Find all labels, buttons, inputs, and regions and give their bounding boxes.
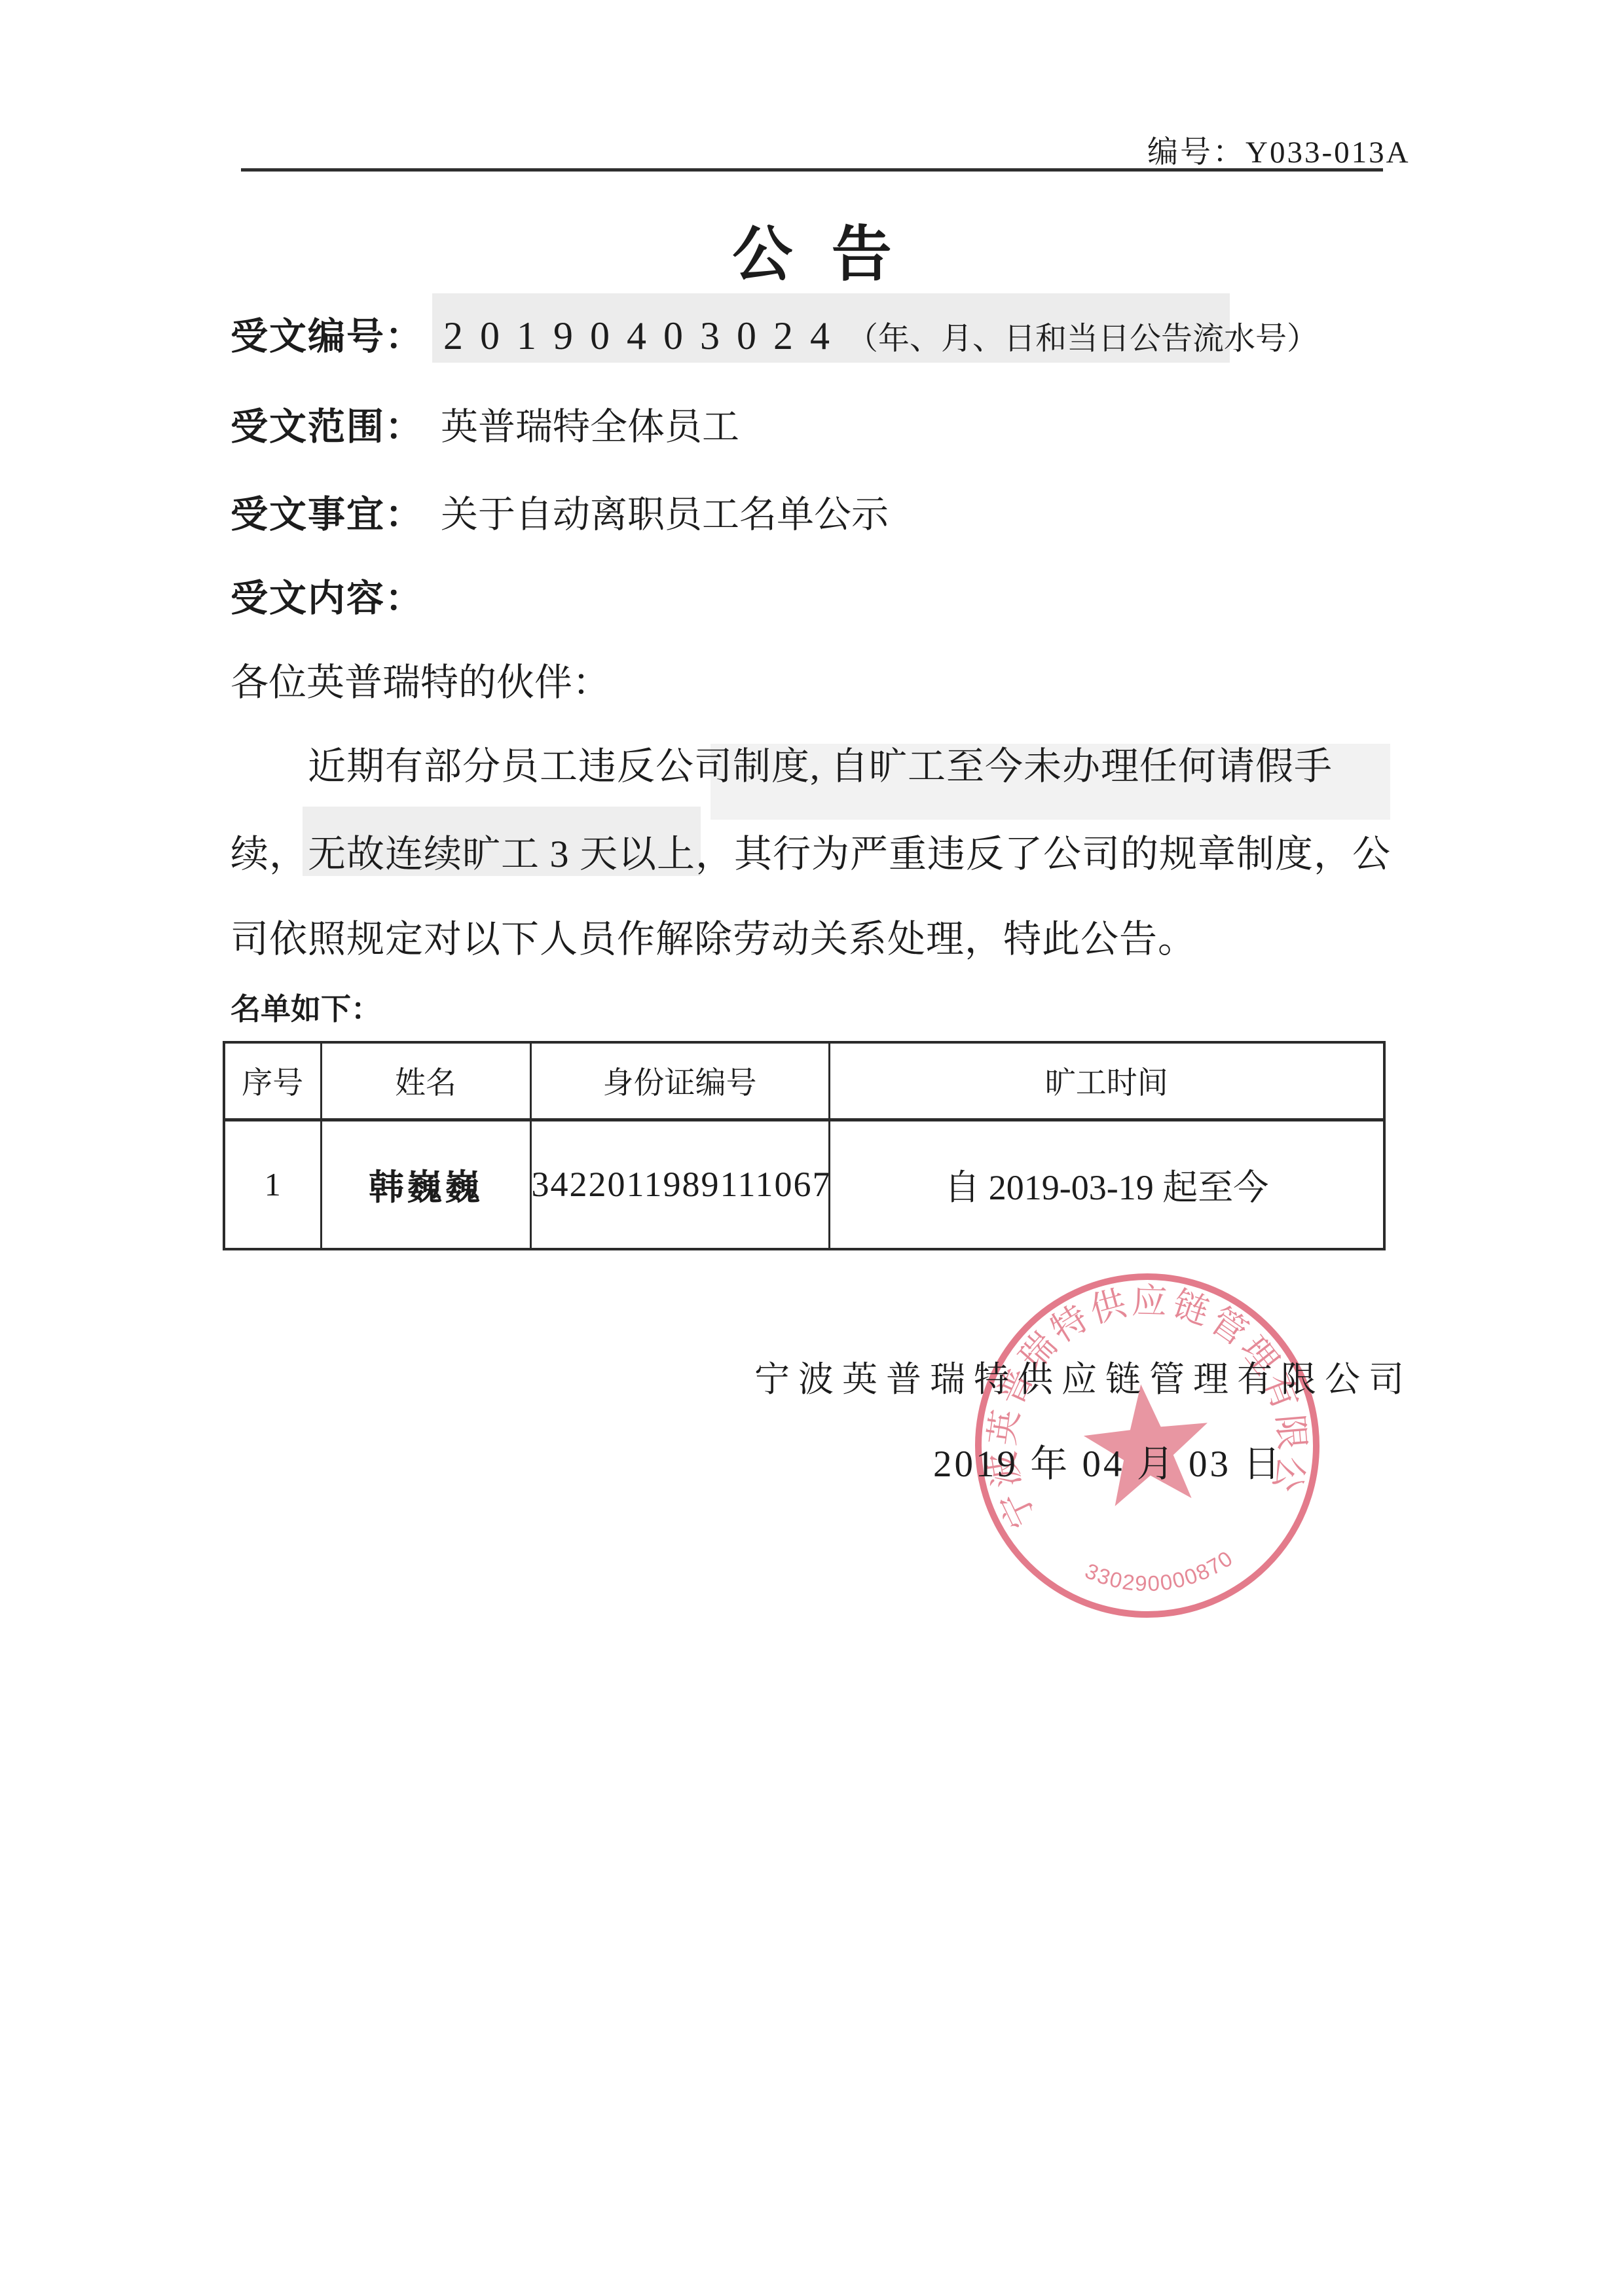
field-value-number: 20190403024	[443, 314, 847, 357]
field-line-subject: 受文事宜：关于自动离职员工名单公示	[231, 496, 889, 534]
scanned-announcement-page: 编号：Y033-013A 公 告 受文编号：20190403024（年、月、日和…	[0, 0, 1624, 2296]
field-value: 关于自动离职员工名单公示	[441, 494, 889, 536]
body-line: 续，无故连续旷工 3 天以上，其行为严重违反了公司的规章制度，公	[231, 835, 1391, 873]
field-line-doc-number: 受文编号：20190403024（年、月、日和当日公告流水号）	[231, 316, 1318, 355]
table-row: 1 韩巍巍 342201198911106740 自 2019-03-19 起至…	[224, 1120, 1384, 1249]
field-note: （年、月、日和当日公告流水号）	[847, 321, 1318, 356]
field-value: 英普瑞特全体员工	[441, 407, 739, 448]
page-title: 公 告	[0, 225, 1624, 285]
cell-id-number: 342201198911106740	[530, 1120, 829, 1249]
cell-name: 韩巍巍	[321, 1120, 530, 1249]
column-header-id: 身份证编号	[530, 1042, 829, 1120]
table-header-row: 序号 姓名 身份证编号 旷工时间	[224, 1042, 1384, 1120]
field-label: 受文事宜：	[231, 494, 424, 536]
cell-index: 1	[224, 1120, 321, 1249]
body-line: 近期有部分员工违反公司制度, 自旷工至今未办理任何请假手	[231, 748, 1333, 786]
column-header-index: 序号	[224, 1042, 321, 1120]
list-label: 名单如下：	[231, 994, 381, 1024]
salutation: 各位英普瑞特的伙伴：	[231, 664, 610, 702]
field-label: 受文内容：	[231, 577, 424, 619]
field-label: 受文范围：	[231, 406, 424, 448]
cell-absent-time: 自 2019-03-19 起至今	[829, 1120, 1384, 1249]
roster-table: 序号 姓名 身份证编号 旷工时间 1 韩巍巍 34220119891110674…	[223, 1041, 1386, 1250]
column-header-name: 姓名	[321, 1042, 530, 1120]
signature-company: 宁波英普瑞特供应链管理有限公司	[754, 1362, 1412, 1397]
header-rule	[241, 168, 1383, 172]
field-label: 受文编号：	[231, 316, 424, 357]
column-header-absent-time: 旷工时间	[829, 1042, 1384, 1120]
signature-date: 2019 年 04 月 03 日	[933, 1446, 1283, 1483]
doc-code: 编号：Y033-013A	[1147, 137, 1411, 168]
field-line-content: 受文内容：	[231, 580, 424, 617]
field-line-scope: 受文范围：英普瑞特全体员工	[231, 409, 739, 446]
body-line: 司依照规定对以下人员作解除劳动关系处理，特此公告。	[231, 920, 1196, 958]
